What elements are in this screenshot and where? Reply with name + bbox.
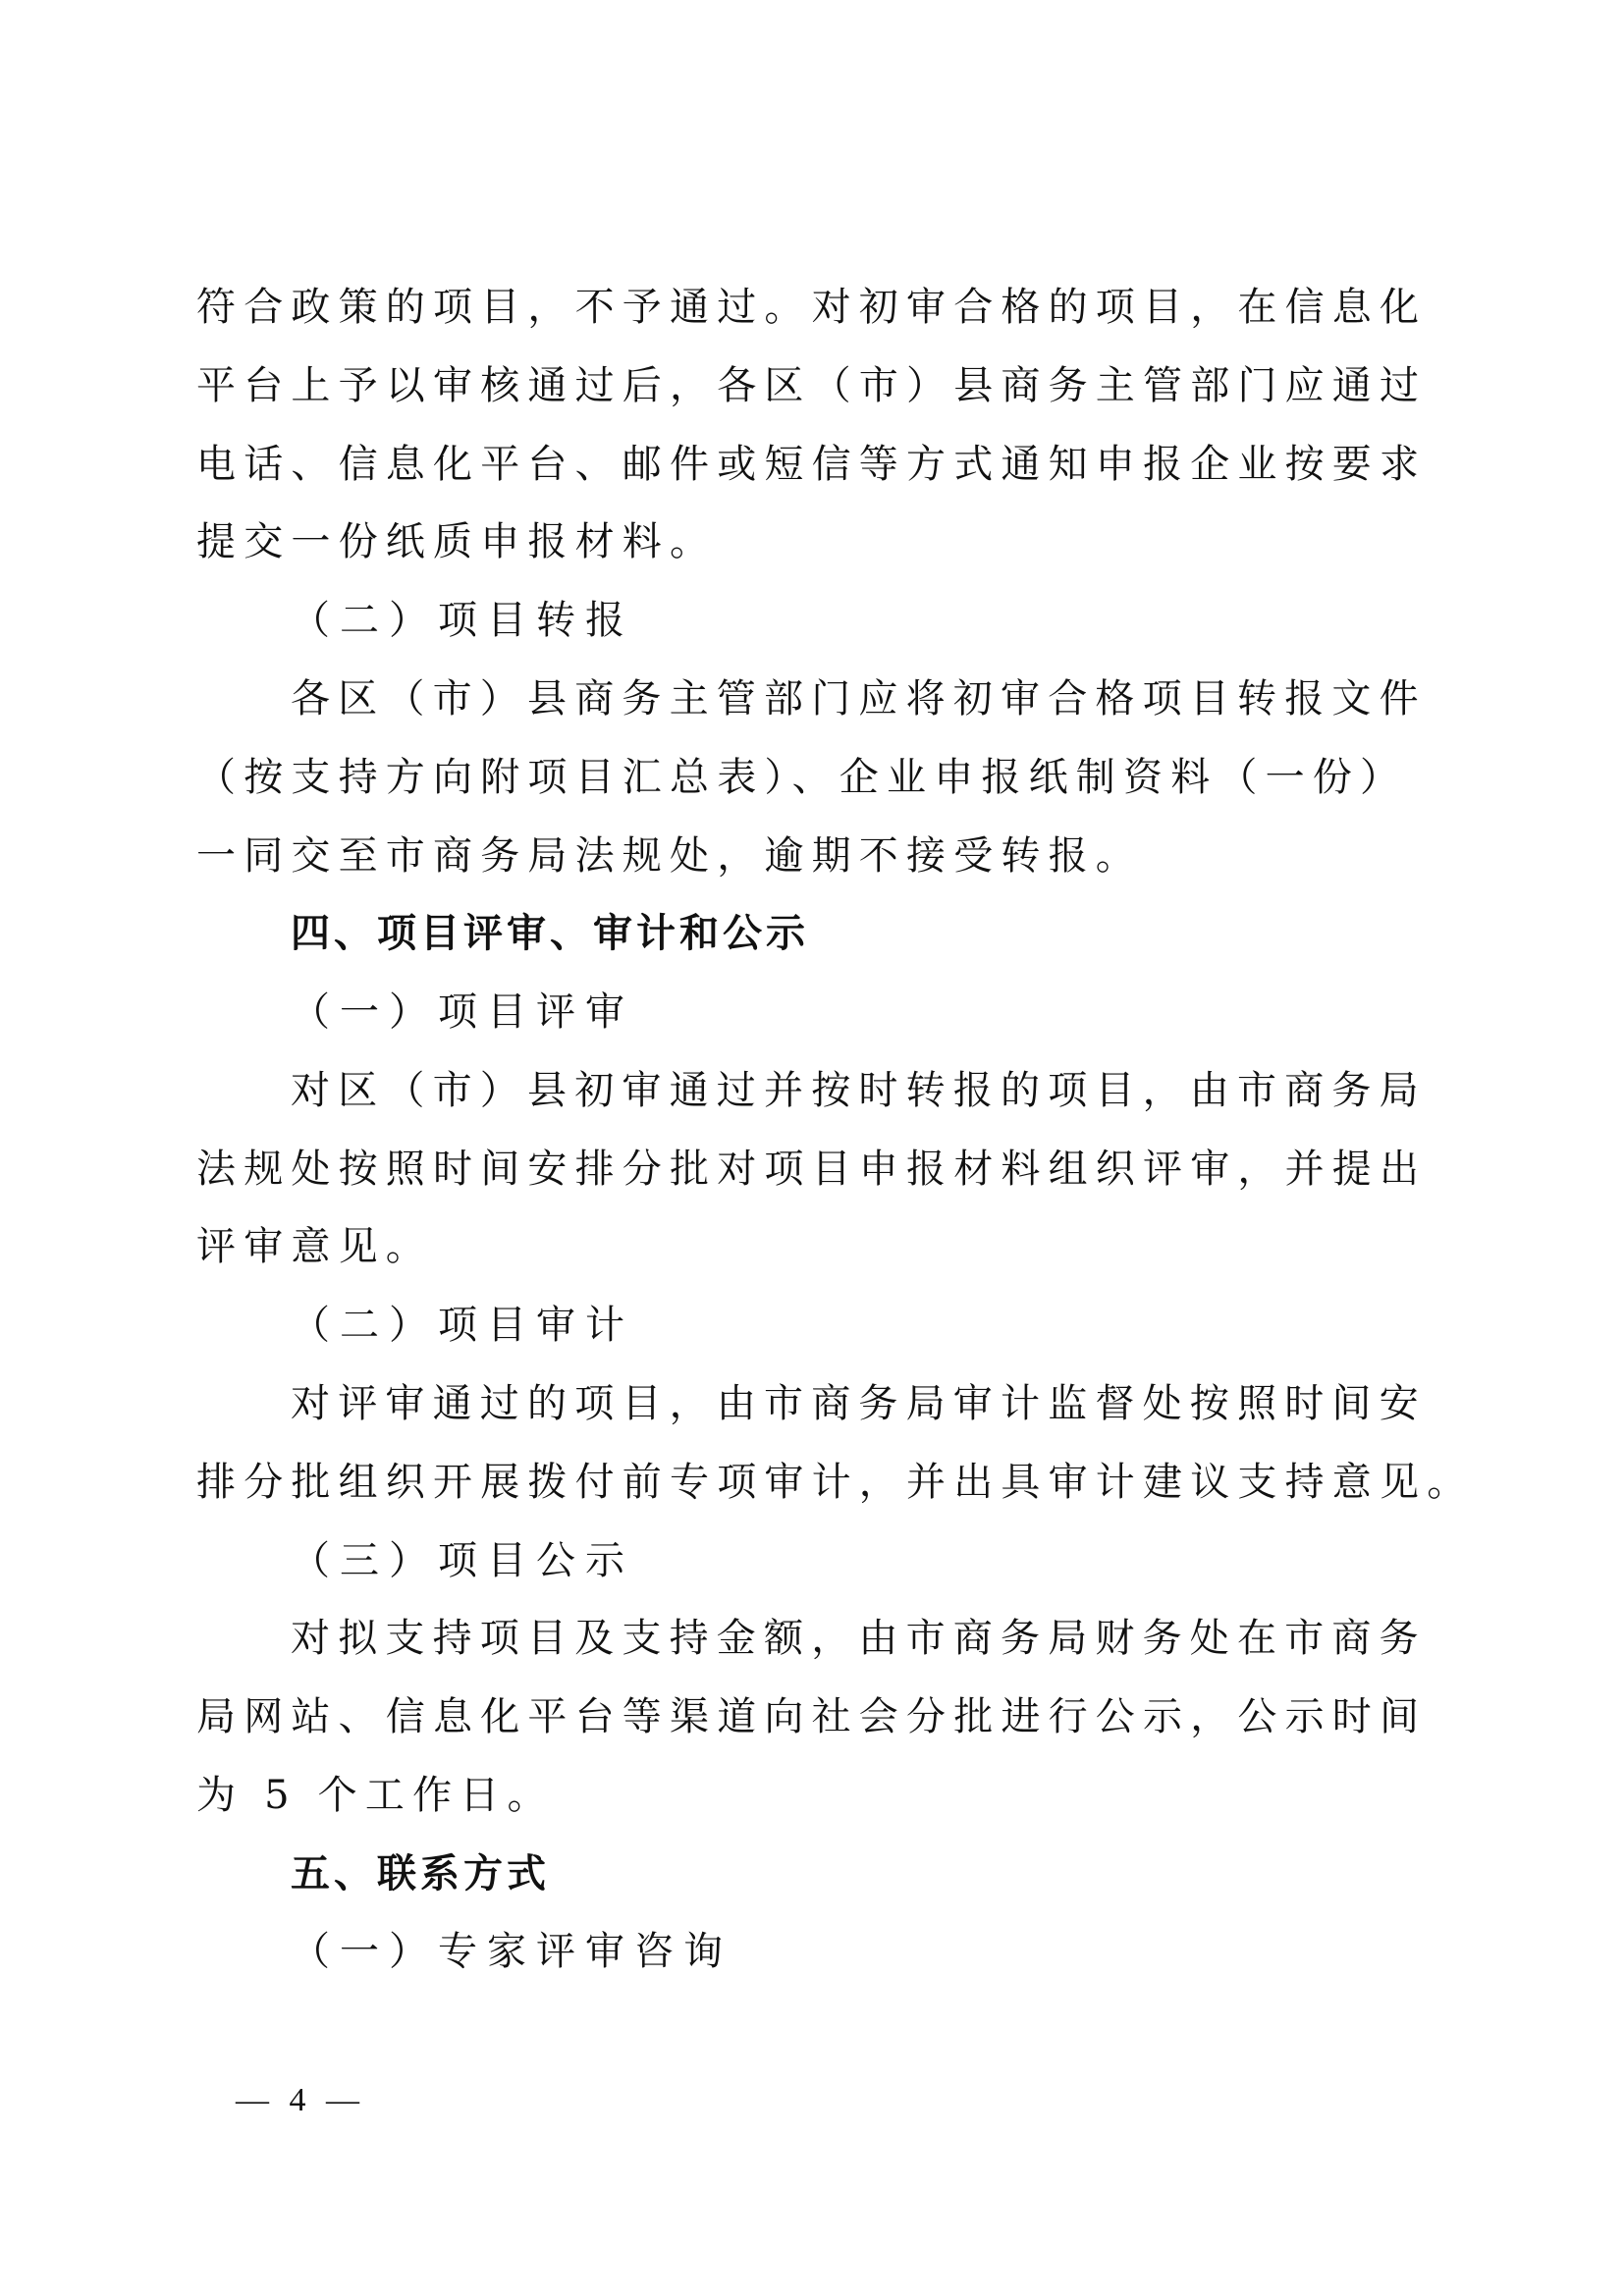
section-heading-review-audit-publicity: 四、项目评审、审计和公示 bbox=[291, 910, 1443, 957]
body-line: 评审意见。 bbox=[196, 1223, 1443, 1270]
subheading-expert-consultation: （一）专家评审咨询 bbox=[291, 1928, 1443, 1975]
subheading-project-forwarding: （二）项目转报 bbox=[291, 597, 1443, 644]
page-number: — 4 — bbox=[236, 2079, 365, 2122]
body-line: 排分批组织开展拨付前专项审计，并出具审计建议支持意见。 bbox=[196, 1459, 1443, 1506]
subheading-project-review: （一）项目评审 bbox=[291, 988, 1443, 1036]
body-line: （按支持方向附项目汇总表）、企业申报纸制资料（一份） bbox=[196, 754, 1443, 801]
body-line: 法规处按照时间安排分批对项目申报材料组织评审，并提出 bbox=[196, 1146, 1443, 1193]
body-line: 对拟支持项目及支持金额，由市商务局财务处在市商务 bbox=[291, 1615, 1443, 1662]
body-line: 符合政策的项目，不予通过。对初审合格的项目，在信息化 bbox=[196, 284, 1443, 331]
body-line: 对评审通过的项目，由市商务局审计监督处按照时间安 bbox=[291, 1380, 1443, 1427]
subheading-project-publicity: （三）项目公示 bbox=[291, 1537, 1443, 1584]
body-line: 提交一份纸质申报材料。 bbox=[196, 518, 1443, 565]
body-line: 局网站、信息化平台等渠道向社会分批进行公示，公示时间 bbox=[196, 1693, 1443, 1740]
section-heading-contact: 五、联系方式 bbox=[291, 1850, 1443, 1897]
subheading-project-audit: （二）项目审计 bbox=[291, 1302, 1443, 1349]
body-line: 对区（市）县初审通过并按时转报的项目，由市商务局 bbox=[291, 1067, 1443, 1114]
body-line: 为 5 个工作日。 bbox=[196, 1772, 1443, 1819]
body-line: 一同交至市商务局法规处，逾期不接受转报。 bbox=[196, 832, 1443, 880]
document-page: 符合政策的项目，不予通过。对初审合格的项目，在信息化 平台上予以审核通过后，各区… bbox=[0, 0, 1624, 2296]
body-line: 平台上予以审核通过后，各区（市）县商务主管部门应通过 bbox=[196, 362, 1443, 409]
body-line: 电话、信息化平台、邮件或短信等方式通知申报企业按要求 bbox=[196, 441, 1443, 488]
body-line: 各区（市）县商务主管部门应将初审合格项目转报文件 bbox=[291, 675, 1443, 722]
